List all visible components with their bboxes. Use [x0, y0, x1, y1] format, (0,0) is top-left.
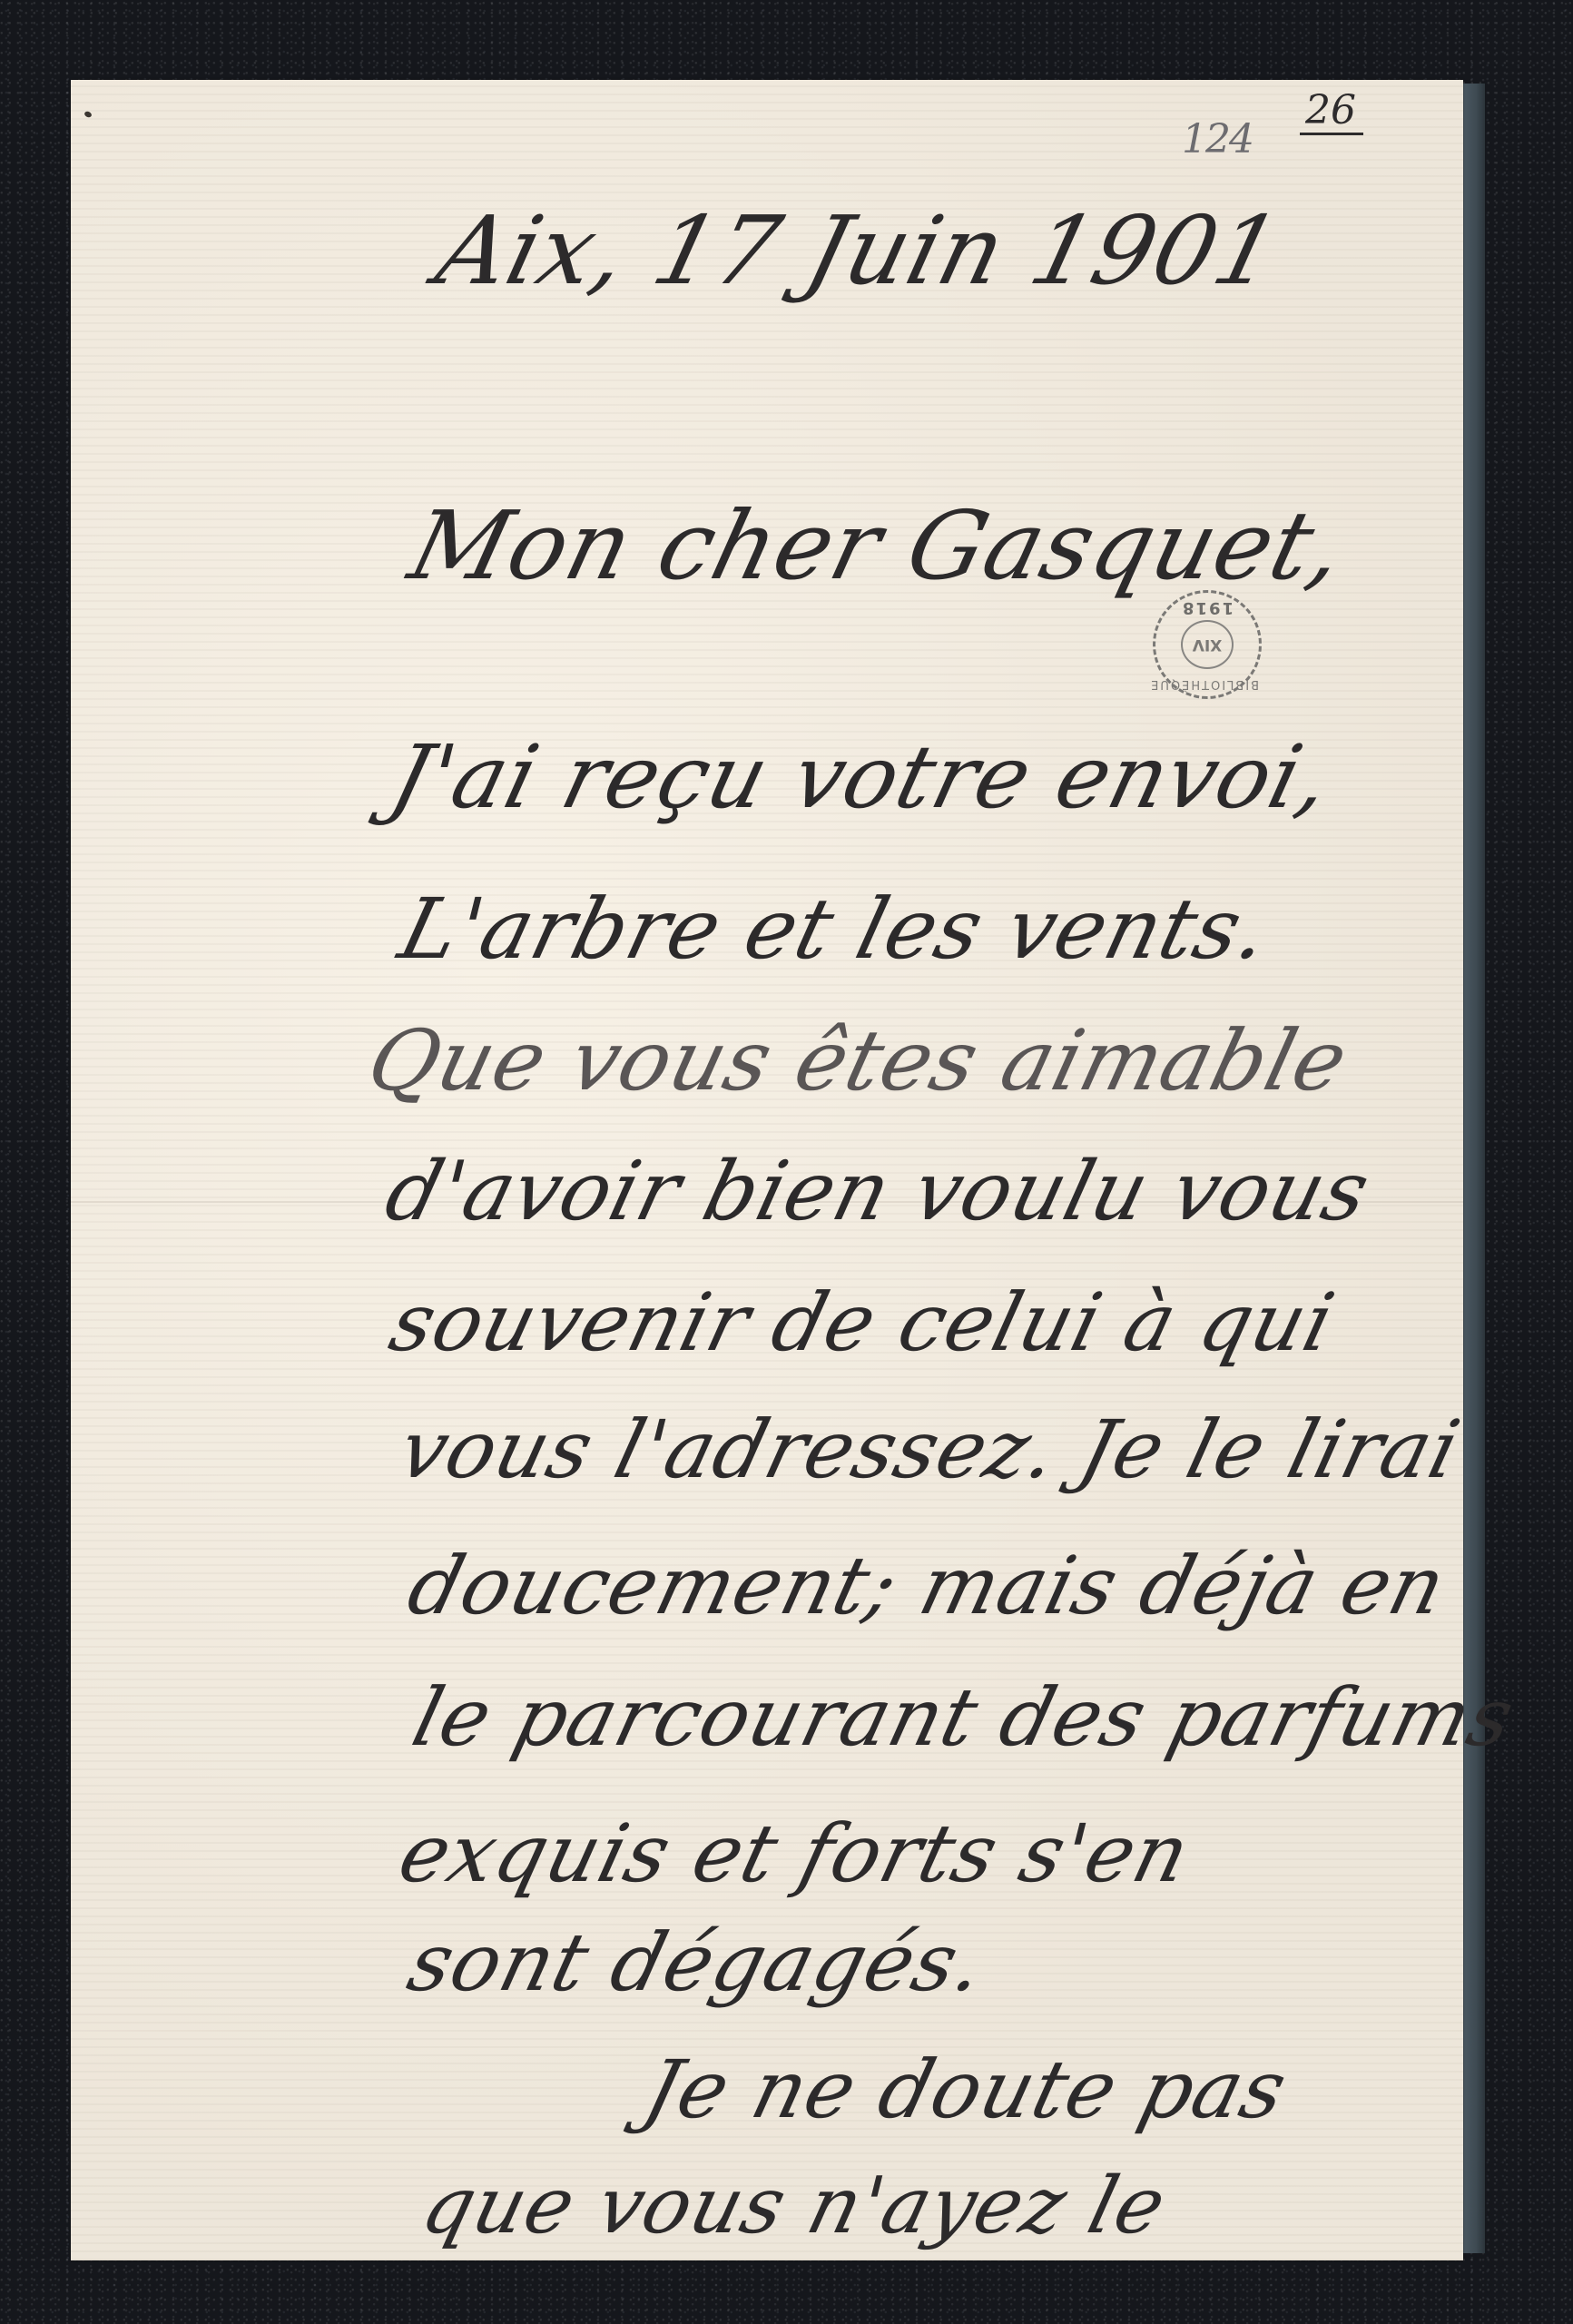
letter-line: d'avoir bien voulu vous — [377, 1144, 1379, 1239]
letter-line: Je ne doute pas — [635, 2043, 1296, 2136]
letter-line: vous l'adressez. Je le lirai — [390, 1403, 1470, 1496]
letter-line: J'ai reçu votre envoi, — [381, 726, 1342, 828]
letter-line: Que vous êtes aimable — [359, 1012, 1358, 1109]
letter-line: sont dégagés. — [399, 1915, 995, 2009]
letter-line: que vous n'ayez le — [413, 2161, 1175, 2251]
letter-line: le parcourant des parfums — [404, 1670, 1523, 1764]
letter-line: exquis et forts s'en — [390, 1807, 1199, 1900]
letter-dateline: Aix, 17 Juin 1901 — [427, 195, 1292, 306]
letter-line: doucement; mais déjà en — [399, 1539, 1455, 1632]
letter-body: Aix, 17 Juin 1901 Mon cher Gasquet, J'ai… — [0, 0, 1573, 2324]
letter-line: souvenir de celui à qui — [381, 1275, 1343, 1369]
letter-line: L'arbre et les vents. — [390, 881, 1280, 978]
letter-salutation: Mon cher Gasquet, — [399, 490, 1357, 601]
